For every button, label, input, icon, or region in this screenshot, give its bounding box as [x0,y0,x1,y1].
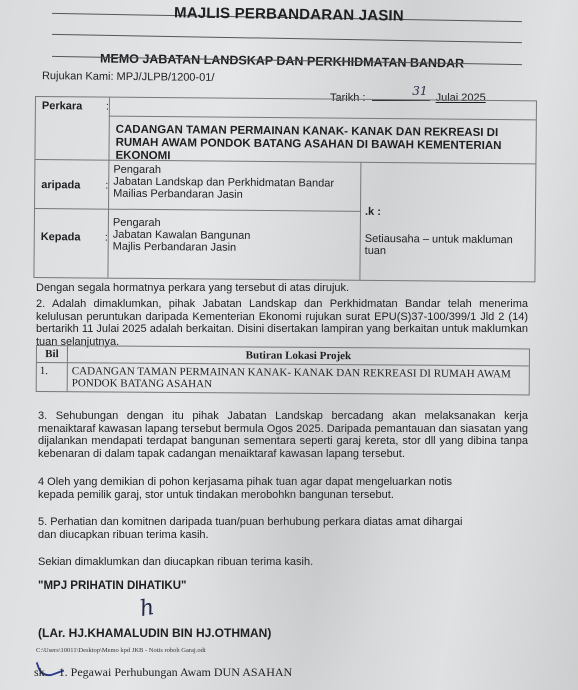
from-block: Pengarah Jabatan Landskap dan Perkhidmat… [113,164,334,202]
row-number: 1. [37,363,68,391]
colon: : [105,232,108,244]
row-project: CADANGAN TAMAN PERMAINAN KANAK- KANAK DA… [68,363,529,394]
subject-value: CADANGAN TAMAN PERMAINAN KANAK- KANAK DA… [115,124,530,167]
kepada-label: Kepada [41,231,81,243]
memo-title: MEMO JABATAN LANDSKAP DAN PERKHIDMATAN B… [100,51,464,70]
council-title: MAJLIS PERBANDARAN JASIN [0,2,578,27]
closing-line: Sekian dimaklumkan dan diucapkan ribuan … [38,556,478,569]
opening-line: Dengan segala hormatnya perkara yang ter… [36,282,526,295]
cc-line: sk. 1. Pegawai Perhubungan Awam DUN ASAH… [34,665,292,680]
reference-number: Rujukan Kami: MPJ/JLPB/1200-01/ [42,70,215,84]
paragraph-2: 2. Adalah dimaklumkan, pihak Jabatan Lan… [36,298,528,348]
colon: : [105,180,108,192]
divider [359,162,361,280]
file-path: C:\Users\10011\Desktop\Memo kpd JKB - No… [36,647,206,654]
daripada-label: aripada [41,179,80,191]
divider [35,208,360,212]
table-row: 1. CADANGAN TAMAN PERMAINAN KANAK- KANAK… [37,363,529,394]
project-table: Bil Butiran Lokasi Projek 1. CADANGAN TA… [36,345,530,395]
col-bil: Bil [37,346,68,362]
slogan: "MPJ PRIHATIN DIHATIKU" [38,580,186,592]
divider [109,116,536,121]
sk-label: .k : [365,206,381,218]
cc-item: 1. Pegawai Perhubungan Awam DUN ASAHAN [59,665,293,679]
signature-mark: h [138,595,156,622]
date-day-handwritten: 31 [412,84,427,98]
header-rule-middle [52,34,522,43]
to-block: Pengarah Jabatan Kawalan Bangunan Majlis… [113,217,251,254]
to-line: Majlis Perbandaran Jasin [113,241,251,254]
colon: : [106,101,109,113]
paragraph-4: 4 Oleh yang demikian di pohon kerjasama … [38,476,478,501]
paragraph-3: 3. Sehubungan dengan itu pihak Jabatan L… [38,410,528,460]
col-butiran: Butiran Lokasi Projek [68,346,529,365]
sk-value: Setiausaha – untuk makluman tuan [365,233,525,258]
memo-page: MAJLIS PERBANDARAN JASIN MEMO JABATAN LA… [0,0,578,690]
perkara-label: Perkara [42,100,82,112]
paragraph-5: 5. Perhatian dan komitnen daripada tuan/… [38,516,478,541]
signatory-name: (LAr. HJ.KHAMALUDIN BIN HJ.OTHMAN) [38,626,271,640]
from-line: Mailias Perbandaran Jasin [113,188,334,202]
cc-prefix: sk. [34,665,48,679]
routing-table: Perkara : CADANGAN TAMAN PERMAINAN KANAK… [33,96,537,282]
